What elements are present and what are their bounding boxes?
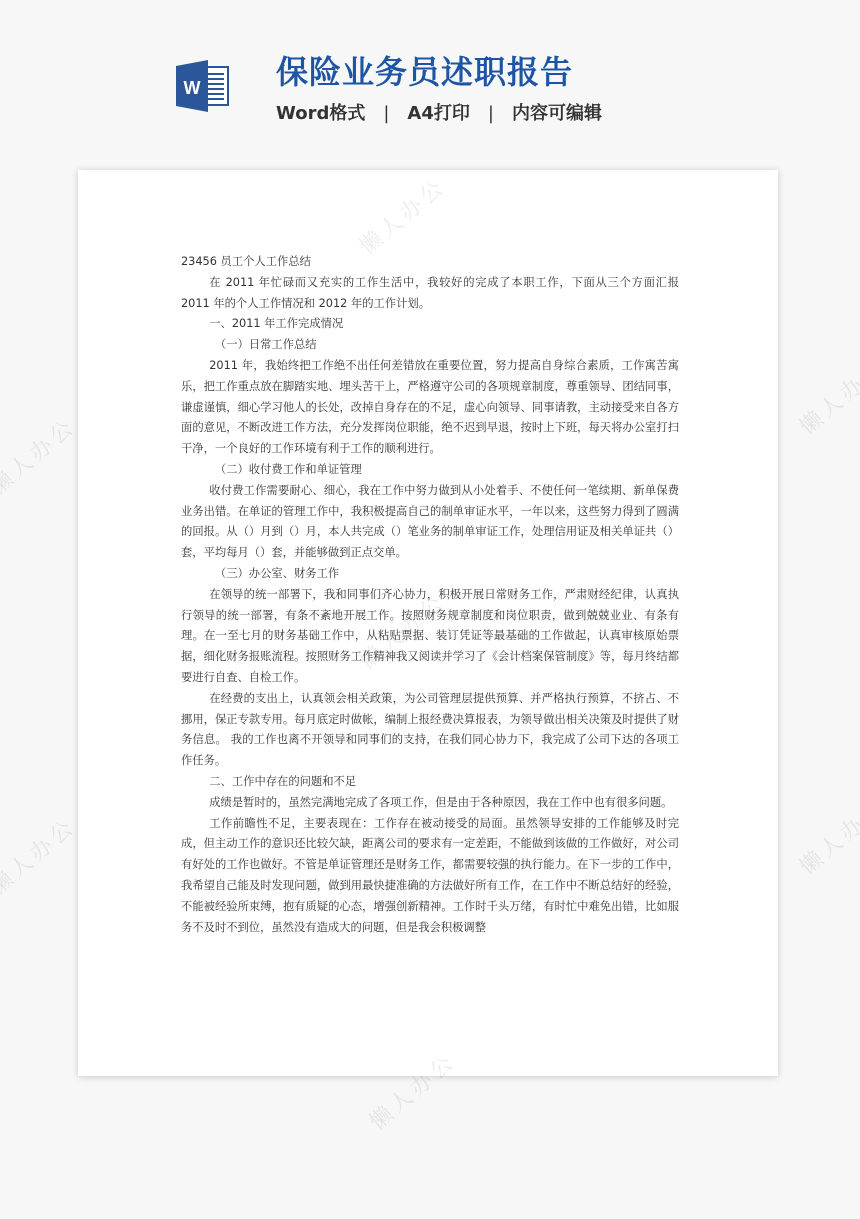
feature-word-format: Word格式: [276, 100, 365, 128]
document-title: 保险业务员述职报告: [276, 50, 573, 94]
section-heading: 一、2011 年工作完成情况: [181, 314, 679, 335]
subsection-heading: （三）办公室、财务工作: [181, 564, 679, 585]
paragraph: 在 2011 年忙碌而又充实的工作生活中，我较好的完成了本职工作，下面从三个方面…: [181, 273, 679, 315]
paragraph: 在经费的支出上，认真领会相关政策，为公司管理层提供预算、并严格执行预算，不挤占、…: [181, 689, 679, 772]
feature-editable: 内容可编辑: [512, 100, 602, 128]
watermark: 懒人办公: [792, 790, 860, 881]
separator: |: [383, 100, 389, 128]
svg-text:W: W: [184, 78, 201, 98]
watermark: 懒人办公: [792, 350, 860, 441]
subsection-heading: （一）日常工作总结: [181, 335, 679, 356]
document-body: 23456 员工个人工作总结 在 2011 年忙碌而又充实的工作生活中，我较好的…: [181, 252, 679, 938]
paragraph: 收付费工作需要耐心、细心，我在工作中努力做到从小处着手、不使任何一笔续期、新单保…: [181, 481, 679, 564]
paragraph: 在领导的统一部署下，我和同事们齐心协力，积极开展日常财务工作，严肃财经纪律，认真…: [181, 585, 679, 689]
paragraph: 成绩是暂时的，虽然完满地完成了各项工作，但是由于各种原因，我在工作中也有很多问题…: [181, 793, 679, 814]
separator: |: [488, 100, 494, 128]
header: W 保险业务员述职报告 Word格式 | A4打印 | 内容可编辑: [0, 0, 860, 150]
paragraph: 工作前瞻性不足，主要表现在：工作存在被动接受的局面。虽然领导安排的工作能够及时完…: [181, 814, 679, 939]
watermark: 懒人办公: [0, 410, 82, 501]
document-features: Word格式 | A4打印 | 内容可编辑: [276, 100, 602, 128]
subsection-heading: （二）收付费工作和单证管理: [181, 460, 679, 481]
paragraph: 2011 年，我始终把工作绝不出任何差错放在重要位置，努力提高自身综合素质，工作…: [181, 356, 679, 460]
document-heading: 23456 员工个人工作总结: [181, 252, 679, 273]
section-heading: 二、工作中存在的问题和不足: [181, 772, 679, 793]
feature-a4-print: A4打印: [407, 100, 469, 128]
document-page: 23456 员工个人工作总结 在 2011 年忙碌而又充实的工作生活中，我较好的…: [78, 170, 778, 1076]
watermark: 懒人办公: [0, 810, 82, 901]
word-document-icon: W: [176, 60, 230, 112]
